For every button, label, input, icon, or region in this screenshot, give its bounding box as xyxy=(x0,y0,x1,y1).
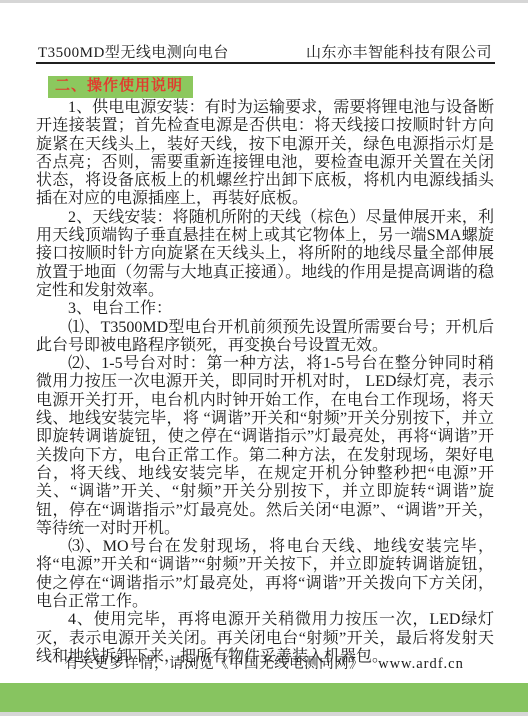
footer-note: 有关更多详情，请浏览《中国无线电测向网》www.ardf.cn xyxy=(0,652,528,673)
paragraph-time-sync: ⑵、1-5号台对时：第一种方法，将1-5号台在整分钟同时稍微用力按压一次电源开关… xyxy=(36,355,494,538)
page-top-edge xyxy=(0,0,528,3)
paragraph-antenna-install: 2、天线安装：将随机所附的天线（棕色）尽量伸展开来，利用天线顶端钩子垂直悬挂在树… xyxy=(36,209,494,300)
header-divider-line xyxy=(36,62,495,64)
device-model-title: T3500MD型无线电测向电台 xyxy=(38,41,229,62)
page-bottom-edge xyxy=(0,712,528,716)
paragraph-mo-station: ⑶、MO号台在发射现场，将电台天线、地线安装完毕，将“电源”开关和“调谐”“射频… xyxy=(36,538,494,611)
bottom-green-band xyxy=(0,683,528,712)
paragraph-power-install: 1、供电电源安装：有时为运输要求，需要将锂电池与设备断开连接装置；首先检查电源是… xyxy=(36,99,494,209)
page-header: T3500MD型无线电测向电台 山东亦丰智能科技有限公司 xyxy=(38,41,492,62)
paragraph-station-operation-heading: 3、电台工作： xyxy=(36,300,494,318)
paragraph-station-id-setup: ⑴、T3500MD型电台开机前须预先设置所需要台号；开机后此台号即被电路程序锁死… xyxy=(36,319,494,356)
section-header-label: 二、操作使用说明 xyxy=(55,78,183,94)
manual-page: T3500MD型无线电测向电台 山东亦丰智能科技有限公司 二、操作使用说明 1、… xyxy=(0,0,528,716)
footer-text: 有关更多详情，请浏览《中国无线电测向网》 xyxy=(64,656,364,672)
site-url: www.ardf.cn xyxy=(378,656,464,672)
document-body: 1、供电电源安装：有时为运输要求，需要将锂电池与设备断开连接装置；首先检查电源是… xyxy=(36,99,494,666)
company-name: 山东亦丰智能科技有限公司 xyxy=(306,41,492,62)
section-header-chip: 二、操作使用说明 xyxy=(48,76,193,98)
